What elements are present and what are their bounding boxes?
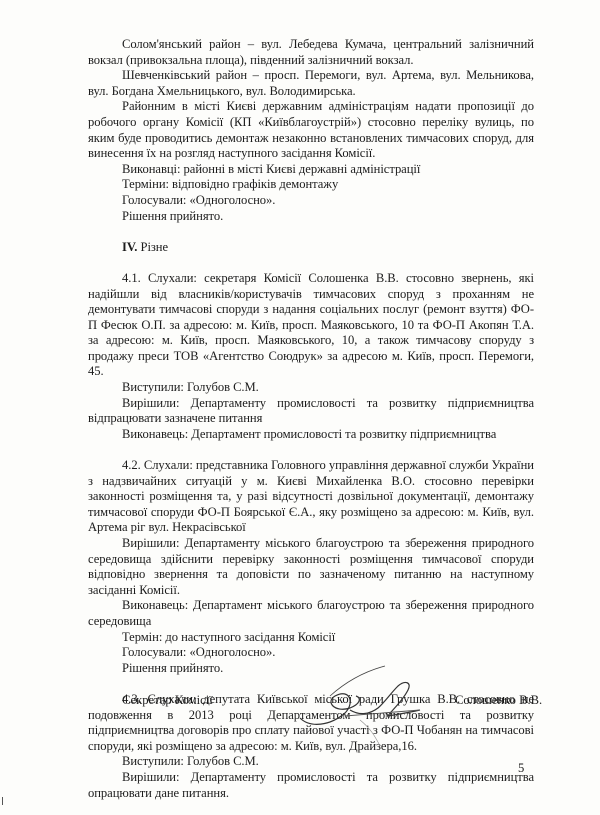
item-4-2-heard: 4.2. Слухали: представника Головного упр… xyxy=(88,458,534,536)
item-4-1-executor: Виконавець: Департамент промисловості та… xyxy=(88,427,534,443)
vote-line: Голосували: «Одноголосно». xyxy=(88,193,534,209)
signature-block: Секретар Комісії Солошенко В.В. xyxy=(0,693,600,753)
document-page: Солом'янський район – вул. Лебедева Кума… xyxy=(0,0,600,815)
paragraph-district-proposals: Районним в місті Києві державним адмініс… xyxy=(88,99,534,161)
item-4-1-spoke: Виступили: Голубов С.М. xyxy=(88,380,534,396)
executors-line: Виконавці: районні в місті Києві державн… xyxy=(88,162,534,178)
signatory-name: Солошенко В.В. xyxy=(455,693,542,708)
item-4-1-heard: 4.1. Слухали: секретаря Комісії Солошенк… xyxy=(88,271,534,380)
terms-line: Терміни: відповідно графіків демонтажу xyxy=(88,177,534,193)
scan-artifact xyxy=(2,797,3,805)
item-4-3-spoke: Виступили: Голубов С.М. xyxy=(88,754,534,770)
decision-line: Рішення прийнято. xyxy=(88,209,534,225)
item-4-3-decided: Вирішили: Департаменту промисловості та … xyxy=(88,770,534,801)
handwritten-signature-icon xyxy=(290,658,430,748)
item-4-2-decided: Вирішили: Департаменту міського благоуст… xyxy=(88,536,534,598)
paragraph-solomianskyi: Солом'янський район – вул. Лебедева Кума… xyxy=(88,37,534,68)
page-number: 5 xyxy=(518,761,524,776)
paragraph-shevchenkivskyi: Шевченківський район – просп. Перемоги, … xyxy=(88,68,534,99)
item-4-1-decided: Вирішили: Департаменту промисловості та … xyxy=(88,396,534,427)
signatory-role: Секретар Комісії xyxy=(122,693,213,708)
section-heading: IV. Різне xyxy=(88,240,534,256)
section-number: IV. xyxy=(122,240,137,254)
section-title: Різне xyxy=(140,240,168,254)
item-4-2-executor: Виконавець: Департамент міського благоус… xyxy=(88,598,534,629)
item-4-2-deadline: Термін: до наступного засідання Комісії xyxy=(88,630,534,646)
